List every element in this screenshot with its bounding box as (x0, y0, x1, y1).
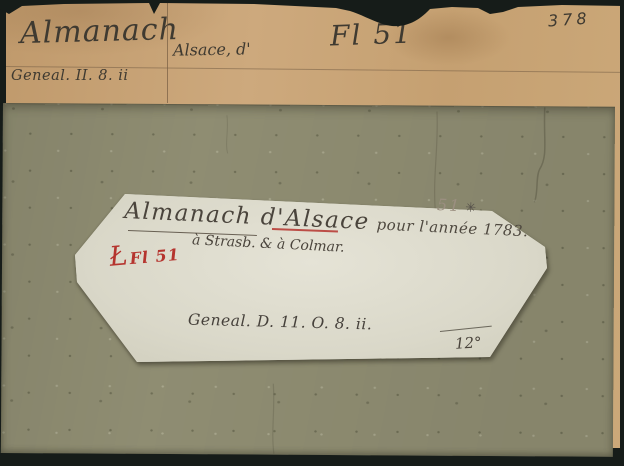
archive-photo: Almanach Alsace, d' Fl 51 378 Geneal. II… (0, 0, 624, 466)
label-imprint: à Strasb. & à Colmar. (192, 232, 345, 255)
pencil-star-mark: ✳ (465, 200, 477, 216)
red-mark-text: Fl 51 (129, 245, 181, 268)
label-title-suffix: pour l'année 1783. (376, 215, 529, 240)
torn-edge (0, 0, 624, 30)
format-flourish-line (440, 326, 492, 333)
card-heading: Alsace, d' (173, 39, 251, 59)
pencil-number: 51 (437, 195, 462, 215)
label-red-shelfmark: ŁFl 51 (108, 236, 181, 273)
cover-label: Almanach d'Alsacepour l'année 1783. à St… (70, 188, 552, 364)
red-mark-initial: Ł (108, 240, 129, 272)
label-classification: Geneal. D. 11. O. 8. ii. (188, 311, 373, 334)
label-content: Almanach d'Alsacepour l'année 1783. à St… (70, 188, 552, 364)
card-classification: Geneal. II. 8. ii (11, 68, 128, 84)
label-pencil-note: 51✳ (437, 195, 477, 216)
label-format: 12° (455, 333, 482, 352)
